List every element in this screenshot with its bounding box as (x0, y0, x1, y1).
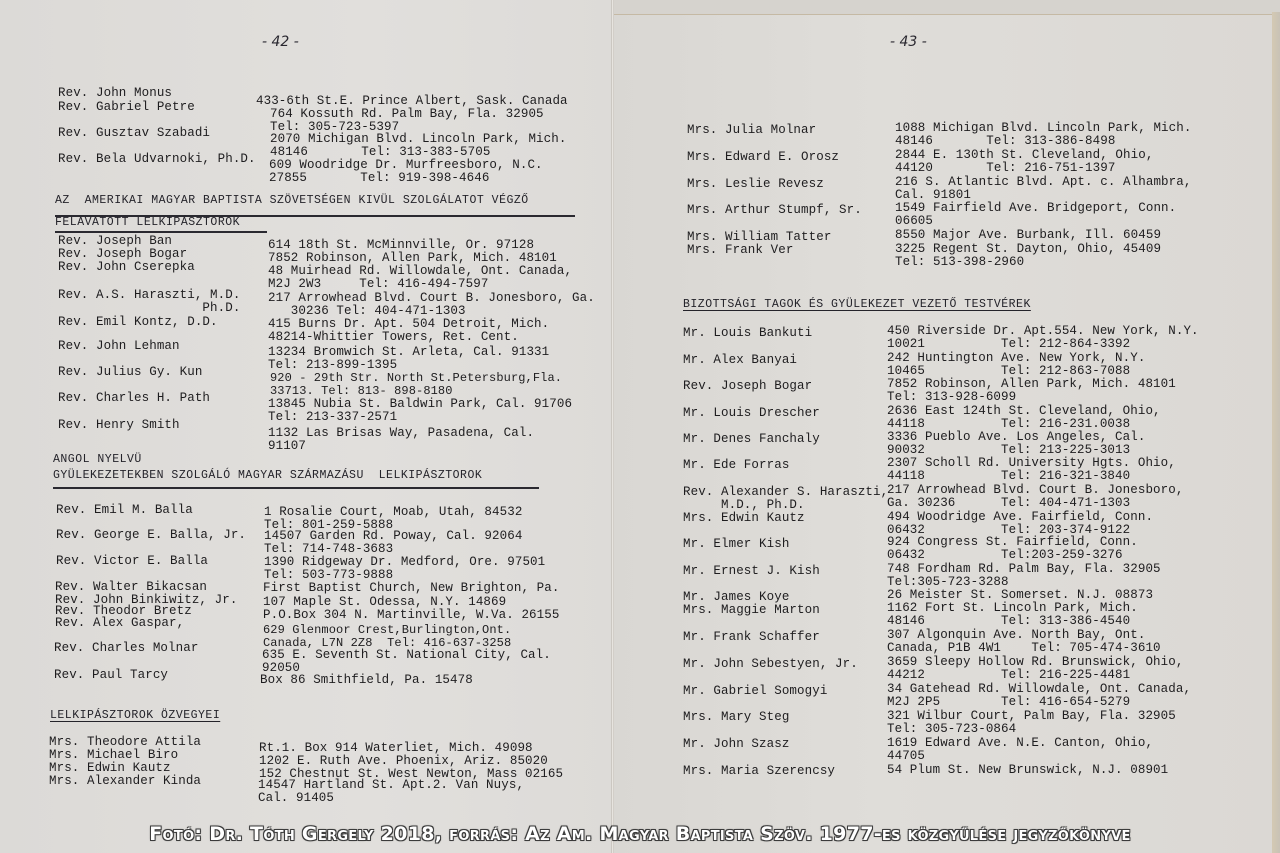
entry-name: Rev. Julius Gy. Kun (58, 366, 202, 379)
entry-name: Mrs. Edwin Kautz (683, 512, 805, 525)
entry-address: 920 - 29th Str. North St.Petersburg,Fla.… (270, 372, 562, 398)
entry-address: 321 Wilbur Court, Palm Bay, Fla. 32905 T… (887, 710, 1176, 736)
entry-name: Mr. Gabriel Somogyi (683, 685, 827, 698)
section-heading: LELKIPÁSZTOROK ÖZVEGYEI (50, 709, 220, 722)
entry-address: 13234 Bromwich St. Arleta, Cal. 91331 Te… (268, 346, 549, 372)
entry-address: 13845 Nubia St. Baldwin Park, Cal. 91706… (268, 398, 572, 424)
section-heading: FELAVATOTT LELKIPÁSZTOROK (55, 216, 240, 229)
section-heading: ANGOL NYELVÜ (53, 453, 142, 466)
entry-name: Mr. Louis Drescher (683, 407, 820, 420)
entry-name: Mrs. Julia Molnar (687, 124, 816, 137)
list-item: Mrs. Alexander Kinda 14547 Hartland St. … (49, 775, 64, 814)
entry-name: Mrs. Maggie Marton (683, 604, 820, 617)
entry-address: 415 Burns Dr. Apt. 504 Detroit, Mich. 48… (268, 318, 549, 344)
entry-address: 748 Fordham Rd. Palm Bay, Fla. 32905 Tel… (887, 563, 1161, 589)
entry-address: 764 Kossuth Rd. Palm Bay, Fla. 32905 Tel… (270, 108, 544, 134)
entry-address: 2307 Scholl Rd. University Hgts. Ohio, 4… (887, 457, 1176, 483)
entry-address: 494 Woodridge Ave. Fairfield, Conn. 0643… (887, 511, 1153, 537)
entry-name: Mrs. Edward E. Orosz (687, 151, 839, 164)
page-right-edge (1272, 12, 1280, 853)
section-heading: GYÜLEKEZETEKBEN SZOLGÁLÓ MAGYAR SZÁRMAZÁ… (53, 469, 482, 482)
entry-name: Rev. Bela Udvarnoki, Ph.D. (58, 153, 256, 166)
entry-address: 1162 Fort St. Lincoln Park, Mich. 48146 … (887, 602, 1138, 628)
entry-address: 450 Riverside Dr. Apt.554. New York, N.Y… (887, 325, 1199, 351)
entry-address: 216 S. Atlantic Blvd. Apt. c. Alhambra, … (895, 176, 1191, 202)
entry-name: Mr. Ede Forras (683, 459, 789, 472)
entry-address: 2844 E. 130th St. Cleveland, Ohio, 44120… (895, 149, 1153, 175)
entry-address: 217 Arrowhead Blvd. Court B. Jonesboro, … (887, 484, 1183, 510)
entry-name: Rev. John Lehman (58, 340, 180, 353)
entry-name: Rev. Paul Tarcy (54, 669, 168, 682)
entry-name: Mr. Alex Banyai (683, 354, 797, 367)
entry-name: Mrs. Arthur Stumpf, Sr. (687, 204, 862, 217)
heading-rule (53, 487, 539, 489)
entry-name: Rev. Alexander S. Haraszti, M.D., Ph.D. (683, 486, 888, 512)
entry-name: Mrs. Leslie Revesz (687, 178, 824, 191)
entry-address: 48 Muirhead Rd. Willowdale, Ont. Canada,… (268, 265, 572, 291)
page-number-left: - 42 - (262, 34, 299, 50)
entry-name: Mr. Louis Bankuti (683, 327, 812, 340)
page-top-edge (612, 0, 1280, 15)
entry-name: Rev. Alex Gaspar, (55, 617, 184, 630)
entry-address: 2070 Michigan Blvd. Lincoln Park, Mich. … (270, 133, 566, 159)
entry-name: Rev. Victor E. Balla (56, 555, 208, 568)
entry-name: Mr. Ernest J. Kish (683, 565, 820, 578)
entry-address: Box 86 Smithfield, Pa. 15478 (260, 674, 473, 687)
entry-address: 1088 Michigan Blvd. Lincoln Park, Mich. … (895, 122, 1191, 148)
entry-address: 34 Gatehead Rd. Willowdale, Ont. Canada,… (887, 683, 1191, 709)
entry-address: 3659 Sleepy Hollow Rd. Brunswick, Ohio, … (887, 656, 1183, 682)
entry-address: P.O.Box 304 N. Martinville, W.Va. 26155 (263, 609, 559, 622)
list-item: Mrs. Maria Szerencsy 54 Plum St. New Bru… (683, 765, 698, 804)
entry-name: Mr. Elmer Kish (683, 538, 789, 551)
entry-name: Mr. John Szasz (683, 738, 789, 751)
entry-name: Rev. Joseph Bogar (683, 380, 812, 393)
entry-address: 14507 Garden Rd. Poway, Cal. 92064 Tel: … (264, 530, 522, 556)
entry-address: 217 Arrowhead Blvd. Court B. Jonesboro, … (268, 292, 595, 318)
entry-address: 629 Glenmoor Crest,Burlington,Ont. Canad… (263, 624, 511, 650)
entry-name: Rev. Charles Molnar (54, 642, 198, 655)
entry-name: Rev. Gabriel Petre (58, 101, 195, 114)
entry-name: Mrs. Alexander Kinda (49, 775, 201, 788)
entry-name: Rev. Henry Smith (58, 419, 180, 432)
entry-name: Mr. Denes Fanchaly (683, 433, 820, 446)
entry-name: Rev. Charles H. Path (58, 392, 210, 405)
entry-name: Mr. Frank Schaffer (683, 631, 820, 644)
entry-name: Rev. John Cserepka (58, 261, 195, 274)
book-spine (611, 0, 614, 853)
entry-address: 242 Huntington Ave. New York, N.Y. 10465… (887, 352, 1145, 378)
section-heading: BIZOTTSÁGI TAGOK ÉS GYÜLEKEZET VEZETŐ TE… (683, 298, 1031, 311)
entry-address: 14547 Hartland St. Apt.2. Van Nuys, Cal.… (258, 779, 524, 805)
entry-address: 924 Congress St. Fairfield, Conn. 06432 … (887, 536, 1138, 562)
list-item: Rev. Paul Tarcy Box 86 Smithfield, Pa. 1… (54, 669, 69, 708)
heading-rule (55, 231, 267, 233)
entry-address: 8550 Major Ave. Burbank, Ill. 60459 (895, 229, 1161, 242)
entry-name: Mrs. Mary Steg (683, 711, 789, 724)
entry-name: Mrs. Frank Ver (687, 244, 793, 257)
entry-address: 609 Woodridge Dr. Murfreesboro, N.C. 278… (269, 159, 543, 185)
entry-address: 635 E. Seventh St. National City, Cal. 9… (262, 649, 551, 675)
list-item: Mrs. Frank Ver 3225 Regent St. Dayton, O… (687, 244, 702, 283)
entry-name: Mrs. Maria Szerencsy (683, 765, 835, 778)
entry-address: First Baptist Church, New Brighton, Pa. (263, 582, 559, 595)
entry-address: 7852 Robinson, Allen Park, Mich. 48101 T… (887, 378, 1176, 404)
page-number-right: - 43 - (890, 34, 927, 50)
entry-address: 307 Algonquin Ave. North Bay, Ont. Canad… (887, 629, 1161, 655)
entry-address: 1549 Fairfield Ave. Bridgeport, Conn. 06… (895, 202, 1176, 228)
entry-address: 1390 Ridgeway Dr. Medford, Ore. 97501 Te… (264, 556, 545, 582)
photo-credit-caption: Fotó: Dr. Tóth Gergely 2018, forrás: Az … (0, 823, 1280, 853)
entry-name: Rev. Emil M. Balla (56, 504, 193, 517)
entry-name: Rev. Gusztav Szabadi (58, 127, 210, 140)
entry-address: 3336 Pueblo Ave. Los Angeles, Cal. 90032… (887, 431, 1145, 457)
entry-address: 54 Plum St. New Brunswick, N.J. 08901 (887, 764, 1168, 777)
entry-name: Rev. John Monus (58, 87, 172, 100)
entry-name: Rev. George E. Balla, Jr. (56, 529, 246, 542)
section-heading: AZ AMERIKAI MAGYAR BAPTISTA SZÖVETSÉGEN … (55, 194, 529, 207)
entry-name: Rev. A.S. Haraszti, M.D. Ph.D. (58, 289, 240, 315)
entry-address: 1132 Las Brisas Way, Pasadena, Cal. 9110… (268, 427, 534, 453)
entry-address: 3225 Regent St. Dayton, Ohio, 45409 Tel:… (895, 243, 1161, 269)
entry-address: 1619 Edward Ave. N.E. Canton, Ohio, 4470… (887, 737, 1153, 763)
entry-address: 2636 East 124th St. Cleveland, Ohio, 441… (887, 405, 1161, 431)
list-item: Rev. Bela Udvarnoki, Ph.D. 609 Woodridge… (58, 153, 73, 192)
entry-name: Rev. Emil Kontz, D.D. (58, 316, 218, 329)
entry-name: Mr. John Sebestyen, Jr. (683, 658, 858, 671)
